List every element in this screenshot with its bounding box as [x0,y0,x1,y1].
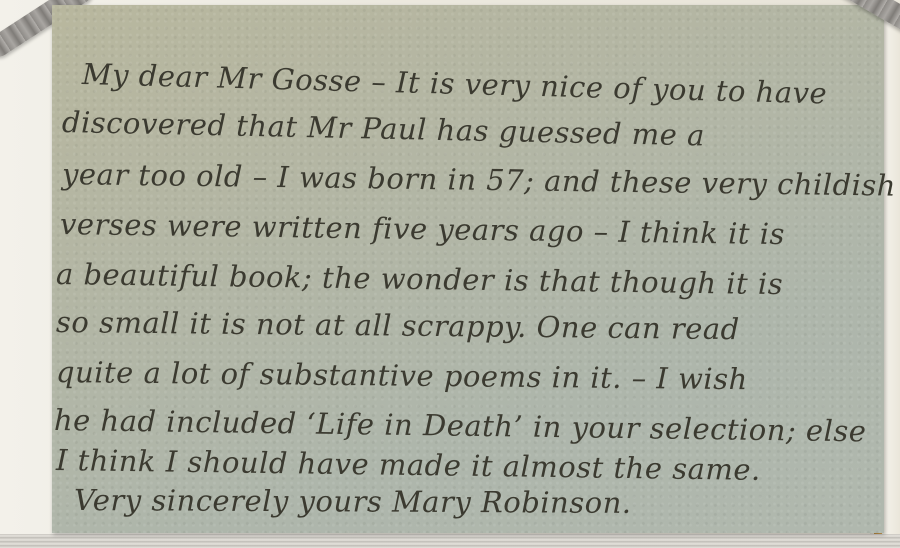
letter-closing-signature: Very sincerely yours Mary Robinson. [74,483,632,520]
book-page-stack [0,534,900,548]
photo-scene: My dear Mr Gosse – It is very nice of yo… [0,0,900,548]
letter-line-5: a beautiful book; the wonder is that tho… [56,257,784,301]
letter-line-9: I think I should have made it almost the… [56,443,761,487]
letter-sheet: My dear Mr Gosse – It is very nice of yo… [52,5,884,533]
letter-line-3: year too old – I was born in 57; and the… [62,157,896,203]
letter-line-1: My dear Mr Gosse – It is very nice of yo… [82,57,828,111]
letter-line-2: discovered that Mr Paul has guessed me a [62,105,706,152]
letter-line-6: so small it is not at all scrappy. One c… [56,305,740,346]
letter-line-8: he had included ‘Life in Death’ in your … [54,403,867,448]
letter-line-7: quite a lot of substantive poems in it. … [56,355,748,396]
letter-line-4: verses were written five years ago – I t… [60,207,785,251]
